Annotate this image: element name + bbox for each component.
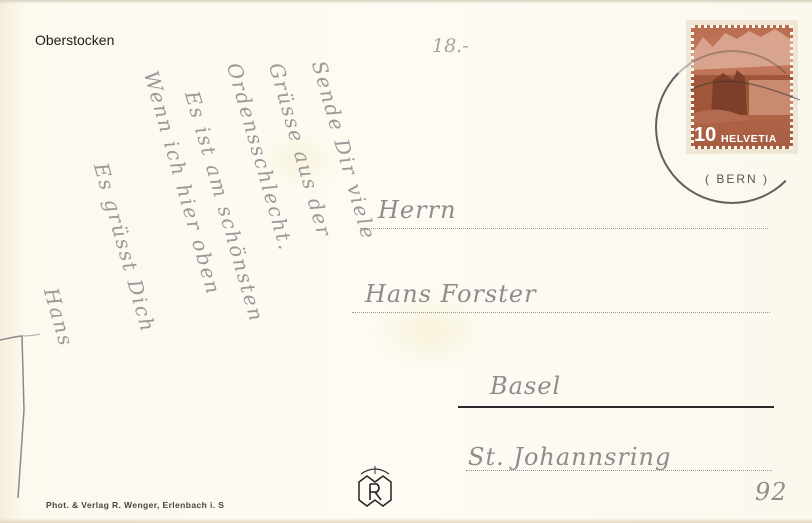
publisher-logo-icon (355, 462, 395, 508)
message-line: Es grüsst Dich (89, 160, 161, 336)
address-line-3: Basel (490, 372, 561, 400)
postmark-wave-lines (690, 70, 810, 140)
message-signature: Hans (39, 285, 79, 350)
address-rule-1 (360, 228, 768, 229)
postcard-back: Oberstocken 18.- Sende Dir viele Grüsse … (0, 0, 812, 523)
address-line-2: Hans Forster (365, 280, 537, 308)
house-number: 92 (755, 478, 788, 506)
address-line-1: Herrn (378, 196, 457, 224)
address-rule-2 (352, 312, 770, 313)
location-caption: Oberstocken (35, 32, 114, 48)
publisher-imprint: Phot. & Verlag R. Wenger, Erlenbach i. S (46, 500, 224, 510)
pencil-stroke (0, 330, 40, 510)
postmark-text: ( BERN ) (705, 172, 769, 186)
address-rule-3 (458, 406, 774, 408)
price-note: 18.- (432, 35, 469, 57)
address-line-4: St. Johannsring (468, 443, 671, 471)
address-rule-4 (466, 470, 772, 471)
